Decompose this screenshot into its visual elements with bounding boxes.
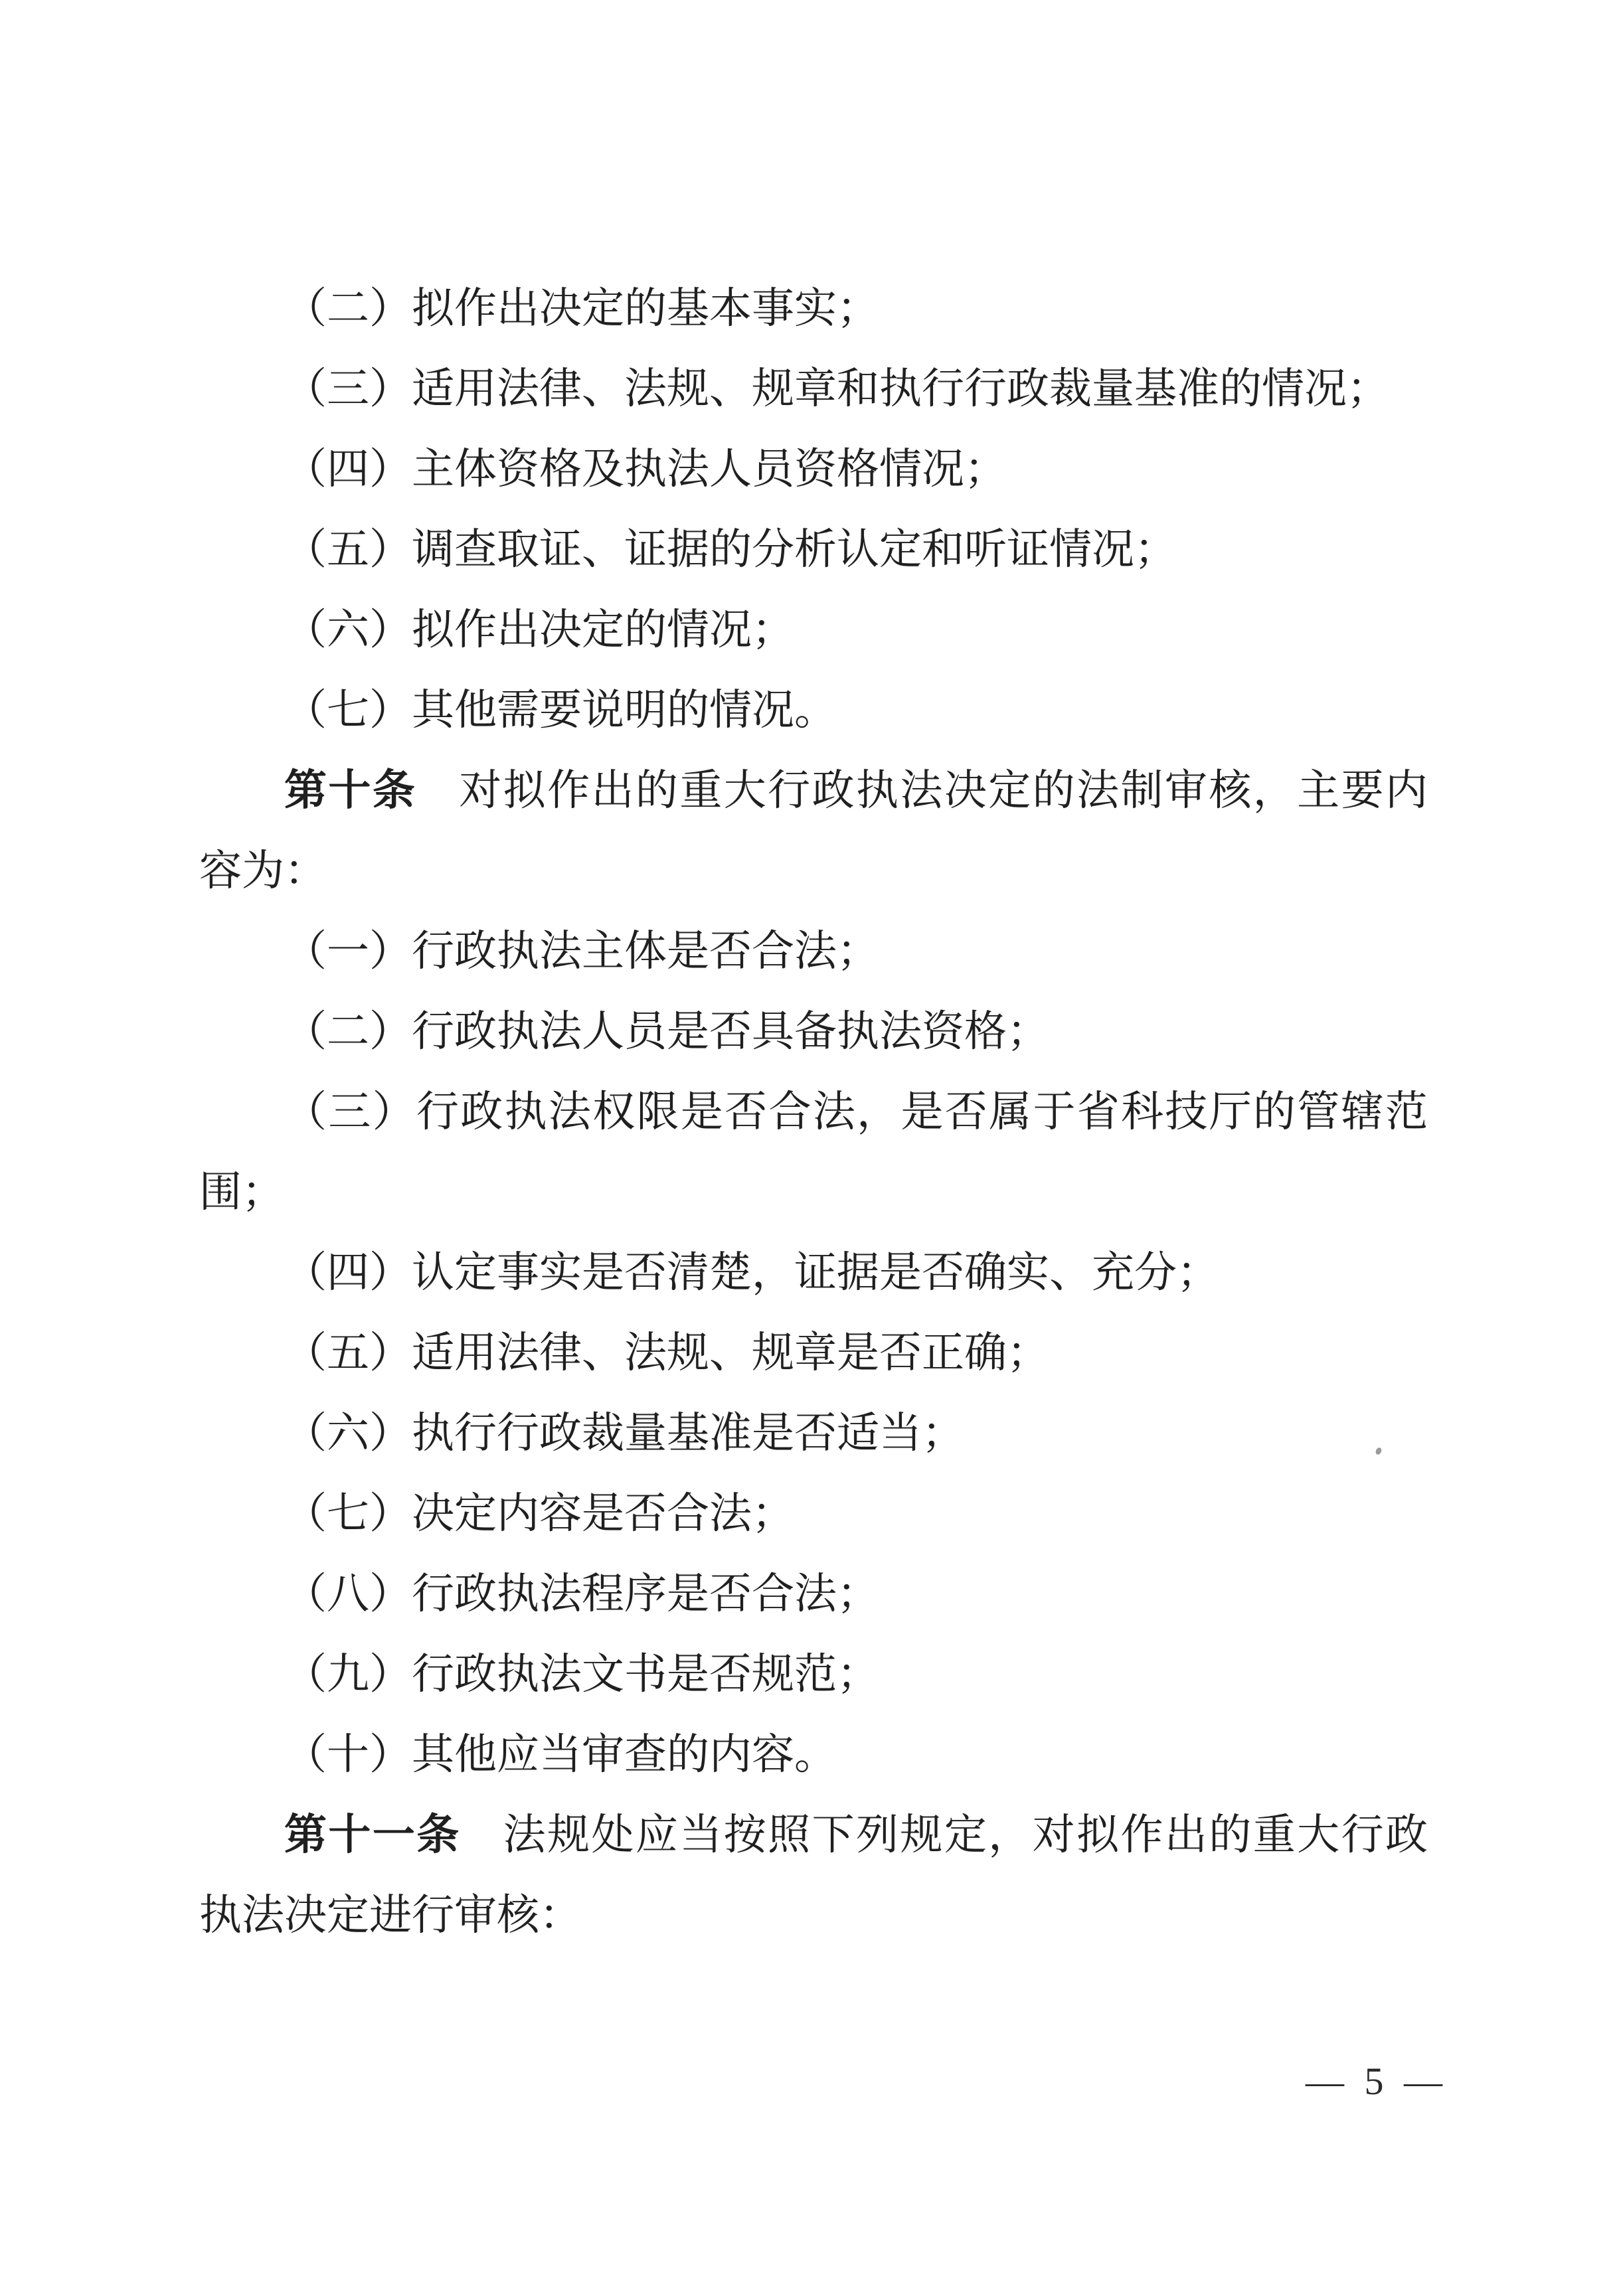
- document-body: （二）拟作出决定的基本事实；（三）适用法律、法规、规章和执行行政裁量基准的情况；…: [199, 268, 1428, 1955]
- list-item-paragraph: （四）主体资格及执法人员资格情况；: [199, 429, 1428, 509]
- article-paragraph: 第十一条法规处应当按照下列规定，对拟作出的重大行政执法决定进行审核：: [199, 1795, 1428, 1955]
- list-item-paragraph: （六）执行行政裁量基准是否适当；: [199, 1393, 1428, 1473]
- list-item-paragraph: （三）行政执法权限是否合法，是否属于省科技厅的管辖范围；: [199, 1072, 1428, 1232]
- list-item-paragraph: （十）其他应当审查的内容。: [199, 1714, 1428, 1795]
- list-item-paragraph: （七）其他需要说明的情况。: [199, 670, 1428, 750]
- article-paragraph: 第十条对拟作出的重大行政执法决定的法制审核，主要内容为：: [199, 750, 1428, 911]
- list-item-paragraph: （一）行政执法主体是否合法；: [199, 911, 1428, 991]
- article-number: 第十一条: [284, 1811, 461, 1858]
- list-item-paragraph: （五）适用法律、法规、规章是否正确；: [199, 1313, 1428, 1393]
- list-item-paragraph: （七）决定内容是否合法；: [199, 1473, 1428, 1554]
- list-item-paragraph: （六）拟作出决定的情况；: [199, 590, 1428, 670]
- list-item-paragraph: （九）行政执法文书是否规范；: [199, 1634, 1428, 1714]
- list-item-paragraph: （二）行政执法人员是否具备执法资格；: [199, 991, 1428, 1072]
- article-number: 第十条: [284, 767, 416, 814]
- list-item-paragraph: （二）拟作出决定的基本事实；: [199, 268, 1428, 349]
- list-item-paragraph: （三）适用法律、法规、规章和执行行政裁量基准的情况；: [199, 349, 1428, 429]
- page-number: — 5 —: [1306, 2062, 1442, 2101]
- list-item-paragraph: （八）行政执法程序是否合法；: [199, 1554, 1428, 1634]
- list-item-paragraph: （四）认定事实是否清楚，证据是否确实、充分；: [199, 1232, 1428, 1313]
- scanned-document-page: （二）拟作出决定的基本事实；（三）适用法律、法规、规章和执行行政裁量基准的情况；…: [0, 0, 1623, 2296]
- list-item-paragraph: （五）调查取证、证据的分析认定和听证情况；: [199, 509, 1428, 590]
